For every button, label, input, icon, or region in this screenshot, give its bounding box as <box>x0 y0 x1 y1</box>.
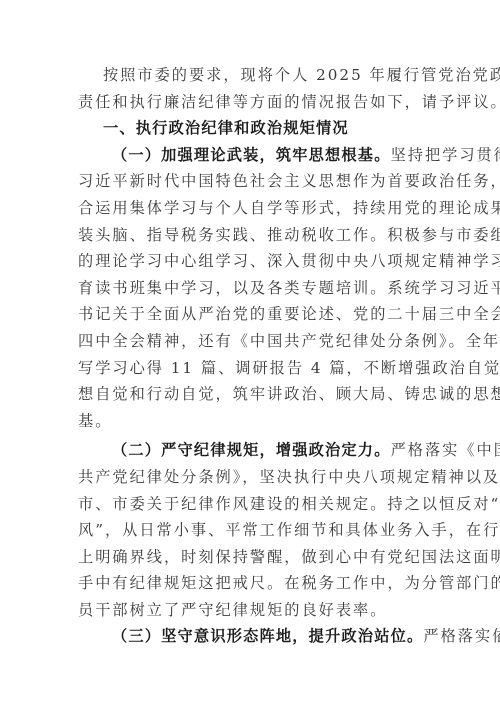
paragraph-line: 写学习心得 11 篇、调研报告 4 篇，不断增强政治自觉、思 <box>78 355 424 382</box>
subsection-1-title: （一）加强理论武装，筑牢思想根基。 <box>112 146 391 164</box>
subsection-3-first-line: （三）坚守意识形态阵地，提升政治站位。严格落实依 <box>78 623 424 650</box>
paragraph-line: 习近平新时代中国特色社会主义思想作为首要政治任务，综 <box>78 168 424 195</box>
paragraph-line: 上明确界线，时刻保持警醒，做到心中有党纪国法这面明镜， <box>78 544 424 571</box>
subsection-2-first-line: （二）严守纪律规矩，增强政治定力。严格落实《中国 <box>78 437 424 464</box>
subsection-1-first-line: （一）加强理论武装，筑牢思想根基。坚持把学习贯彻 <box>78 142 424 169</box>
paragraph-line: 四中全会精神，还有《中国共产党纪律处分条例》。全年撰 <box>78 328 424 355</box>
paragraph-line: 书记关于全面从严治党的重要论述、党的二十届三中全会和 <box>78 301 424 328</box>
intro-paragraph-line: 责任和执行廉洁纪律等方面的情况报告如下，请予评议。 <box>78 89 424 116</box>
paragraph-line: 装头脑、指导税务实践、推动税收工作。积极参与市委组织 <box>78 222 424 249</box>
subsection-3-title: （三）坚守意识形态阵地，提升政治站位。 <box>112 627 423 645</box>
subsection-1-lead-text: 坚持把学习贯彻 <box>391 146 500 164</box>
document-body: 按照市委的要求，现将个人 2025 年履行管党治党政治 责任和执行廉洁纪律等方面… <box>78 62 424 650</box>
subsection-2-lead-text: 严格落实《中国 <box>391 441 500 459</box>
paragraph-line: 共产党纪律处分条例》，坚决执行中央八项规定精神以及省、 <box>78 464 424 491</box>
intro-paragraph-line: 按照市委的要求，现将个人 2025 年履行管党治党政治 <box>78 62 424 89</box>
section-heading: 一、执行政治纪律和政治规矩情况 <box>78 115 424 142</box>
paragraph-line: 育读书班集中学习，以及各类专题培训。系统学习习近平总 <box>78 275 424 302</box>
paragraph-line: 基。 <box>78 408 424 435</box>
subsection-2-title: （二）严守纪律规矩，增强政治定力。 <box>112 441 391 459</box>
paragraph-line: 的理论学习中心组学习、深入贯彻中央八项规定精神学习教 <box>78 248 424 275</box>
paragraph-line: 想自觉和行动自觉，筑牢讲政治、顾大局、铸忠诚的思想根 <box>78 381 424 408</box>
paragraph-line: 员干部树立了严守纪律规矩的良好表率。 <box>78 597 424 624</box>
paragraph-line: 风”，从日常小事、平常工作细节和具体业务入手，在行为 <box>78 517 424 544</box>
paragraph-line: 市、市委关于纪律作风建设的相关规定。持之以恒反对“四 <box>78 491 424 518</box>
paragraph-line: 手中有纪律规矩这把戒尺。在税务工作中，为分管部门的党 <box>78 570 424 597</box>
document-page: 按照市委的要求，现将个人 2025 年履行管党治党政治 责任和执行廉洁纪律等方面… <box>0 0 500 708</box>
subsection-3-lead-text: 严格落实依 <box>423 627 500 645</box>
paragraph-line: 合运用集体学习与个人自学等形式，持续用党的理论成果武 <box>78 195 424 222</box>
